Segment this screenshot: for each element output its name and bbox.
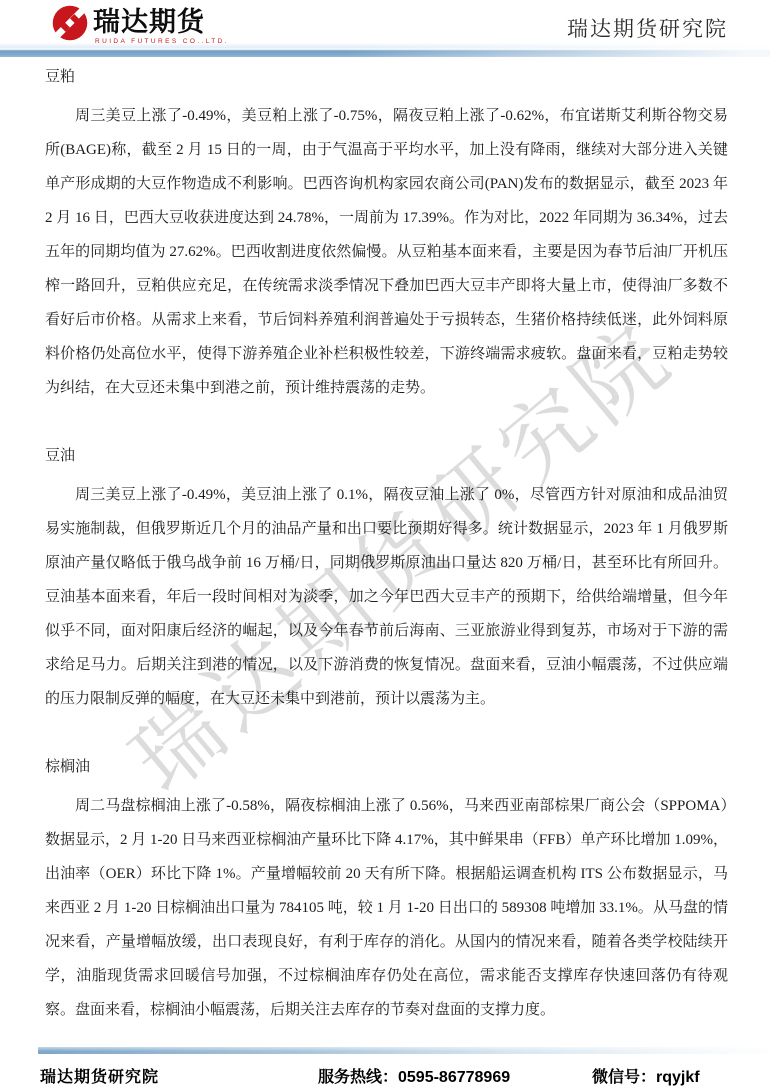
header-institute-title: 瑞达期货研究院 — [567, 13, 728, 43]
report-body: 豆粕 周三美豆上涨了-0.49%，美豆粕上涨了-0.75%，隔夜豆粕上涨了-0.… — [45, 60, 728, 1027]
section-heading: 棕榈油 — [45, 750, 728, 784]
section-paragraph: 周三美豆上涨了-0.49%，美豆油上涨了 0.1%，隔夜豆油上涨了 0%，尽管西… — [45, 478, 728, 716]
footer-institute-name: 瑞达期货研究院 — [40, 1064, 159, 1087]
section-soybean-oil: 豆油 周三美豆上涨了-0.49%，美豆油上涨了 0.1%，隔夜豆油上涨了 0%，… — [45, 439, 728, 716]
section-paragraph: 周二马盘棕榈油上涨了-0.58%，隔夜棕榈油上涨了 0.56%，马来西亚南部棕果… — [45, 789, 728, 1027]
header-divider-bar — [0, 43, 770, 57]
section-heading: 豆油 — [45, 439, 728, 473]
section-heading: 豆粕 — [45, 60, 728, 94]
footer-wechat-id: 微信号：rqyjkf — [592, 1064, 700, 1087]
ruida-logo-icon — [52, 5, 88, 41]
section-palm-oil: 棕榈油 周二马盘棕榈油上涨了-0.58%，隔夜棕榈油上涨了 0.56%，马来西亚… — [45, 750, 728, 1027]
footer-divider-bar — [38, 1047, 770, 1054]
report-page: 瑞达期货 RUIDA FUTURES CO.,LTD. 瑞达期货研究院 瑞达期货… — [0, 0, 770, 1090]
section-soybean-meal: 豆粕 周三美豆上涨了-0.49%，美豆粕上涨了-0.75%，隔夜豆粕上涨了-0.… — [45, 60, 728, 405]
section-paragraph: 周三美豆上涨了-0.49%，美豆粕上涨了-0.75%，隔夜豆粕上涨了-0.62%… — [45, 99, 728, 405]
company-name-cn: 瑞达期货 — [93, 7, 205, 37]
footer-service-hotline: 服务热线：0595-86778969 — [318, 1064, 510, 1087]
page-footer: 瑞达期货研究院 服务热线：0595-86778969 微信号：rqyjkf — [0, 1062, 770, 1088]
page-header: 瑞达期货 RUIDA FUTURES CO.,LTD. 瑞达期货研究院 — [0, 0, 770, 58]
